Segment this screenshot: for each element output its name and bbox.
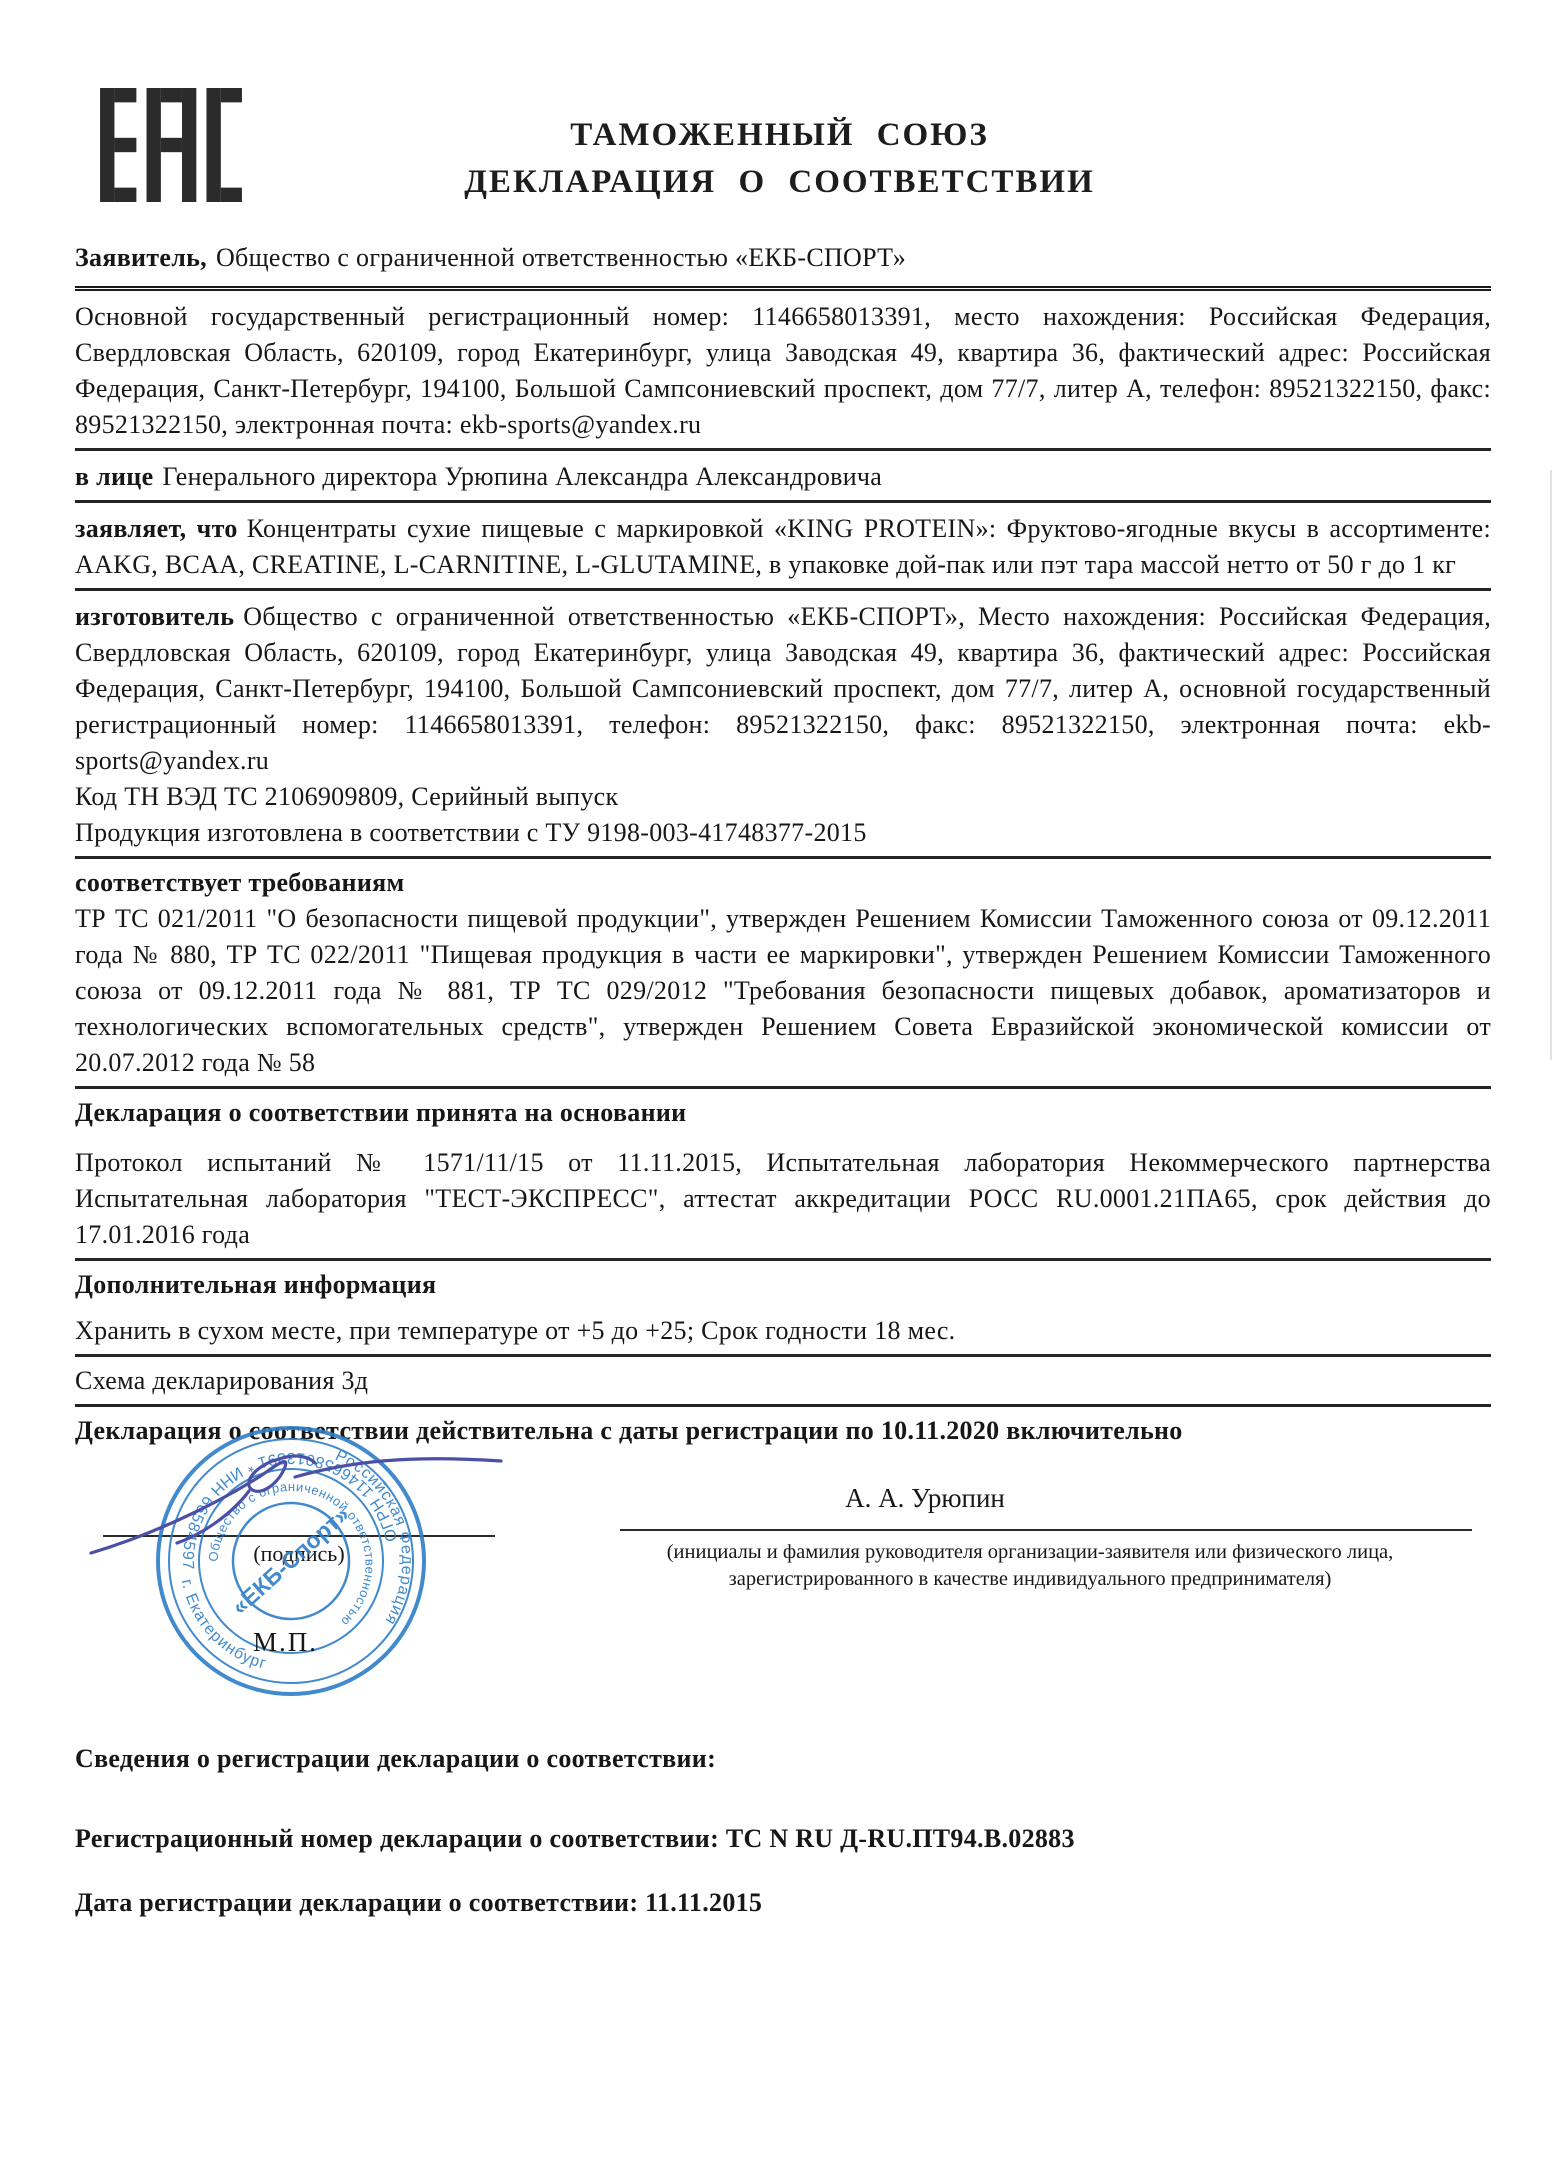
manufacturer-label: изготовитель <box>75 602 234 631</box>
section-divider <box>75 1258 1491 1261</box>
section-divider <box>75 1404 1491 1407</box>
applicant-details: Основной государственный регистрационный… <box>75 299 1491 443</box>
document-page: ТАМОЖЕННЫЙ СОЮЗ ДЕКЛАРАЦИЯ О СООТВЕТСТВИ… <box>0 0 1559 2160</box>
basis-body: Протокол испытаний № 1571/11/15 от 11.11… <box>75 1145 1491 1253</box>
section-divider <box>75 588 1491 591</box>
section-divider <box>75 500 1491 503</box>
registration-heading: Сведения о регистрации декларации о соот… <box>75 1741 1491 1777</box>
in-person-label: в лице <box>75 462 153 491</box>
section-divider <box>75 1354 1491 1357</box>
signatory-caption-line-1: (инициалы и фамилия руководителя организ… <box>530 1539 1530 1566</box>
place-of-seal-label: М.П. <box>253 1627 318 1658</box>
registration-date: Дата регистрации декларации о соответств… <box>75 1885 1491 1921</box>
declares-row: заявляет, чтоКонцентраты сухие пищевые с… <box>75 511 1491 583</box>
section-divider <box>75 1086 1491 1089</box>
signatory-caption-line-2: зарегистрированного в качестве индивидуа… <box>530 1566 1530 1593</box>
in-person-value: Генерального директора Урюпина Александр… <box>162 462 882 491</box>
conformity-heading: соответствует требованиям <box>75 865 1491 901</box>
basis-heading: Декларация о соответствии принята на осн… <box>75 1095 1491 1131</box>
section-divider <box>75 286 1491 291</box>
produced-per-row: Продукция изготовлена в соответствии с Т… <box>75 815 1491 851</box>
registration-number: Регистрационный номер декларации о соотв… <box>75 1821 1491 1857</box>
title-line-2: ДЕКЛАРАЦИЯ О СООТВЕТСТВИИ <box>0 159 1559 206</box>
conformity-body: ТР ТС 021/2011 "О безопасности пищевой п… <box>75 901 1491 1081</box>
declares-value: Концентраты сухие пищевые с маркировкой … <box>75 514 1491 579</box>
additional-info-body: Хранить в сухом месте, при температуре о… <box>75 1313 1491 1349</box>
section-divider <box>75 448 1491 451</box>
title-line-1: ТАМОЖЕННЫЙ СОЮЗ <box>0 112 1559 159</box>
handwritten-signature-icon <box>81 1431 521 1571</box>
signatory-name-line <box>620 1529 1472 1531</box>
document-content: Заявитель,Общество с ограниченной ответс… <box>75 232 1491 1921</box>
in-person-row: в лицеГенерального директора Урюпина Але… <box>75 459 1491 495</box>
scan-artifact-line <box>1550 470 1552 1060</box>
additional-info-heading: Дополнительная информация <box>75 1267 1491 1303</box>
scheme-row: Схема декларирования 3д <box>75 1363 1491 1399</box>
applicant-value: Общество с ограниченной ответственностью… <box>216 243 906 272</box>
signatory-name: А. А. Урюпин <box>595 1483 1255 1514</box>
declares-label: заявляет, что <box>75 514 238 543</box>
tn-ved-row: Код ТН ВЭД ТС 2106909809, Серийный выпус… <box>75 779 1491 815</box>
applicant-row: Заявитель,Общество с ограниченной ответс… <box>75 240 1491 276</box>
section-divider <box>75 856 1491 859</box>
manufacturer-row: изготовительОбщество с ограниченной отве… <box>75 599 1491 779</box>
manufacturer-value: Общество с ограниченной ответственностью… <box>75 602 1491 775</box>
signatory-name-caption: (инициалы и фамилия руководителя организ… <box>530 1539 1530 1593</box>
applicant-label: Заявитель, <box>75 243 207 272</box>
signature-block: ОГРН 1146658013391 * ИНН 6658459725 Росс… <box>75 1457 1491 1709</box>
document-title: ТАМОЖЕННЫЙ СОЮЗ ДЕКЛАРАЦИЯ О СООТВЕТСТВИ… <box>0 112 1559 206</box>
